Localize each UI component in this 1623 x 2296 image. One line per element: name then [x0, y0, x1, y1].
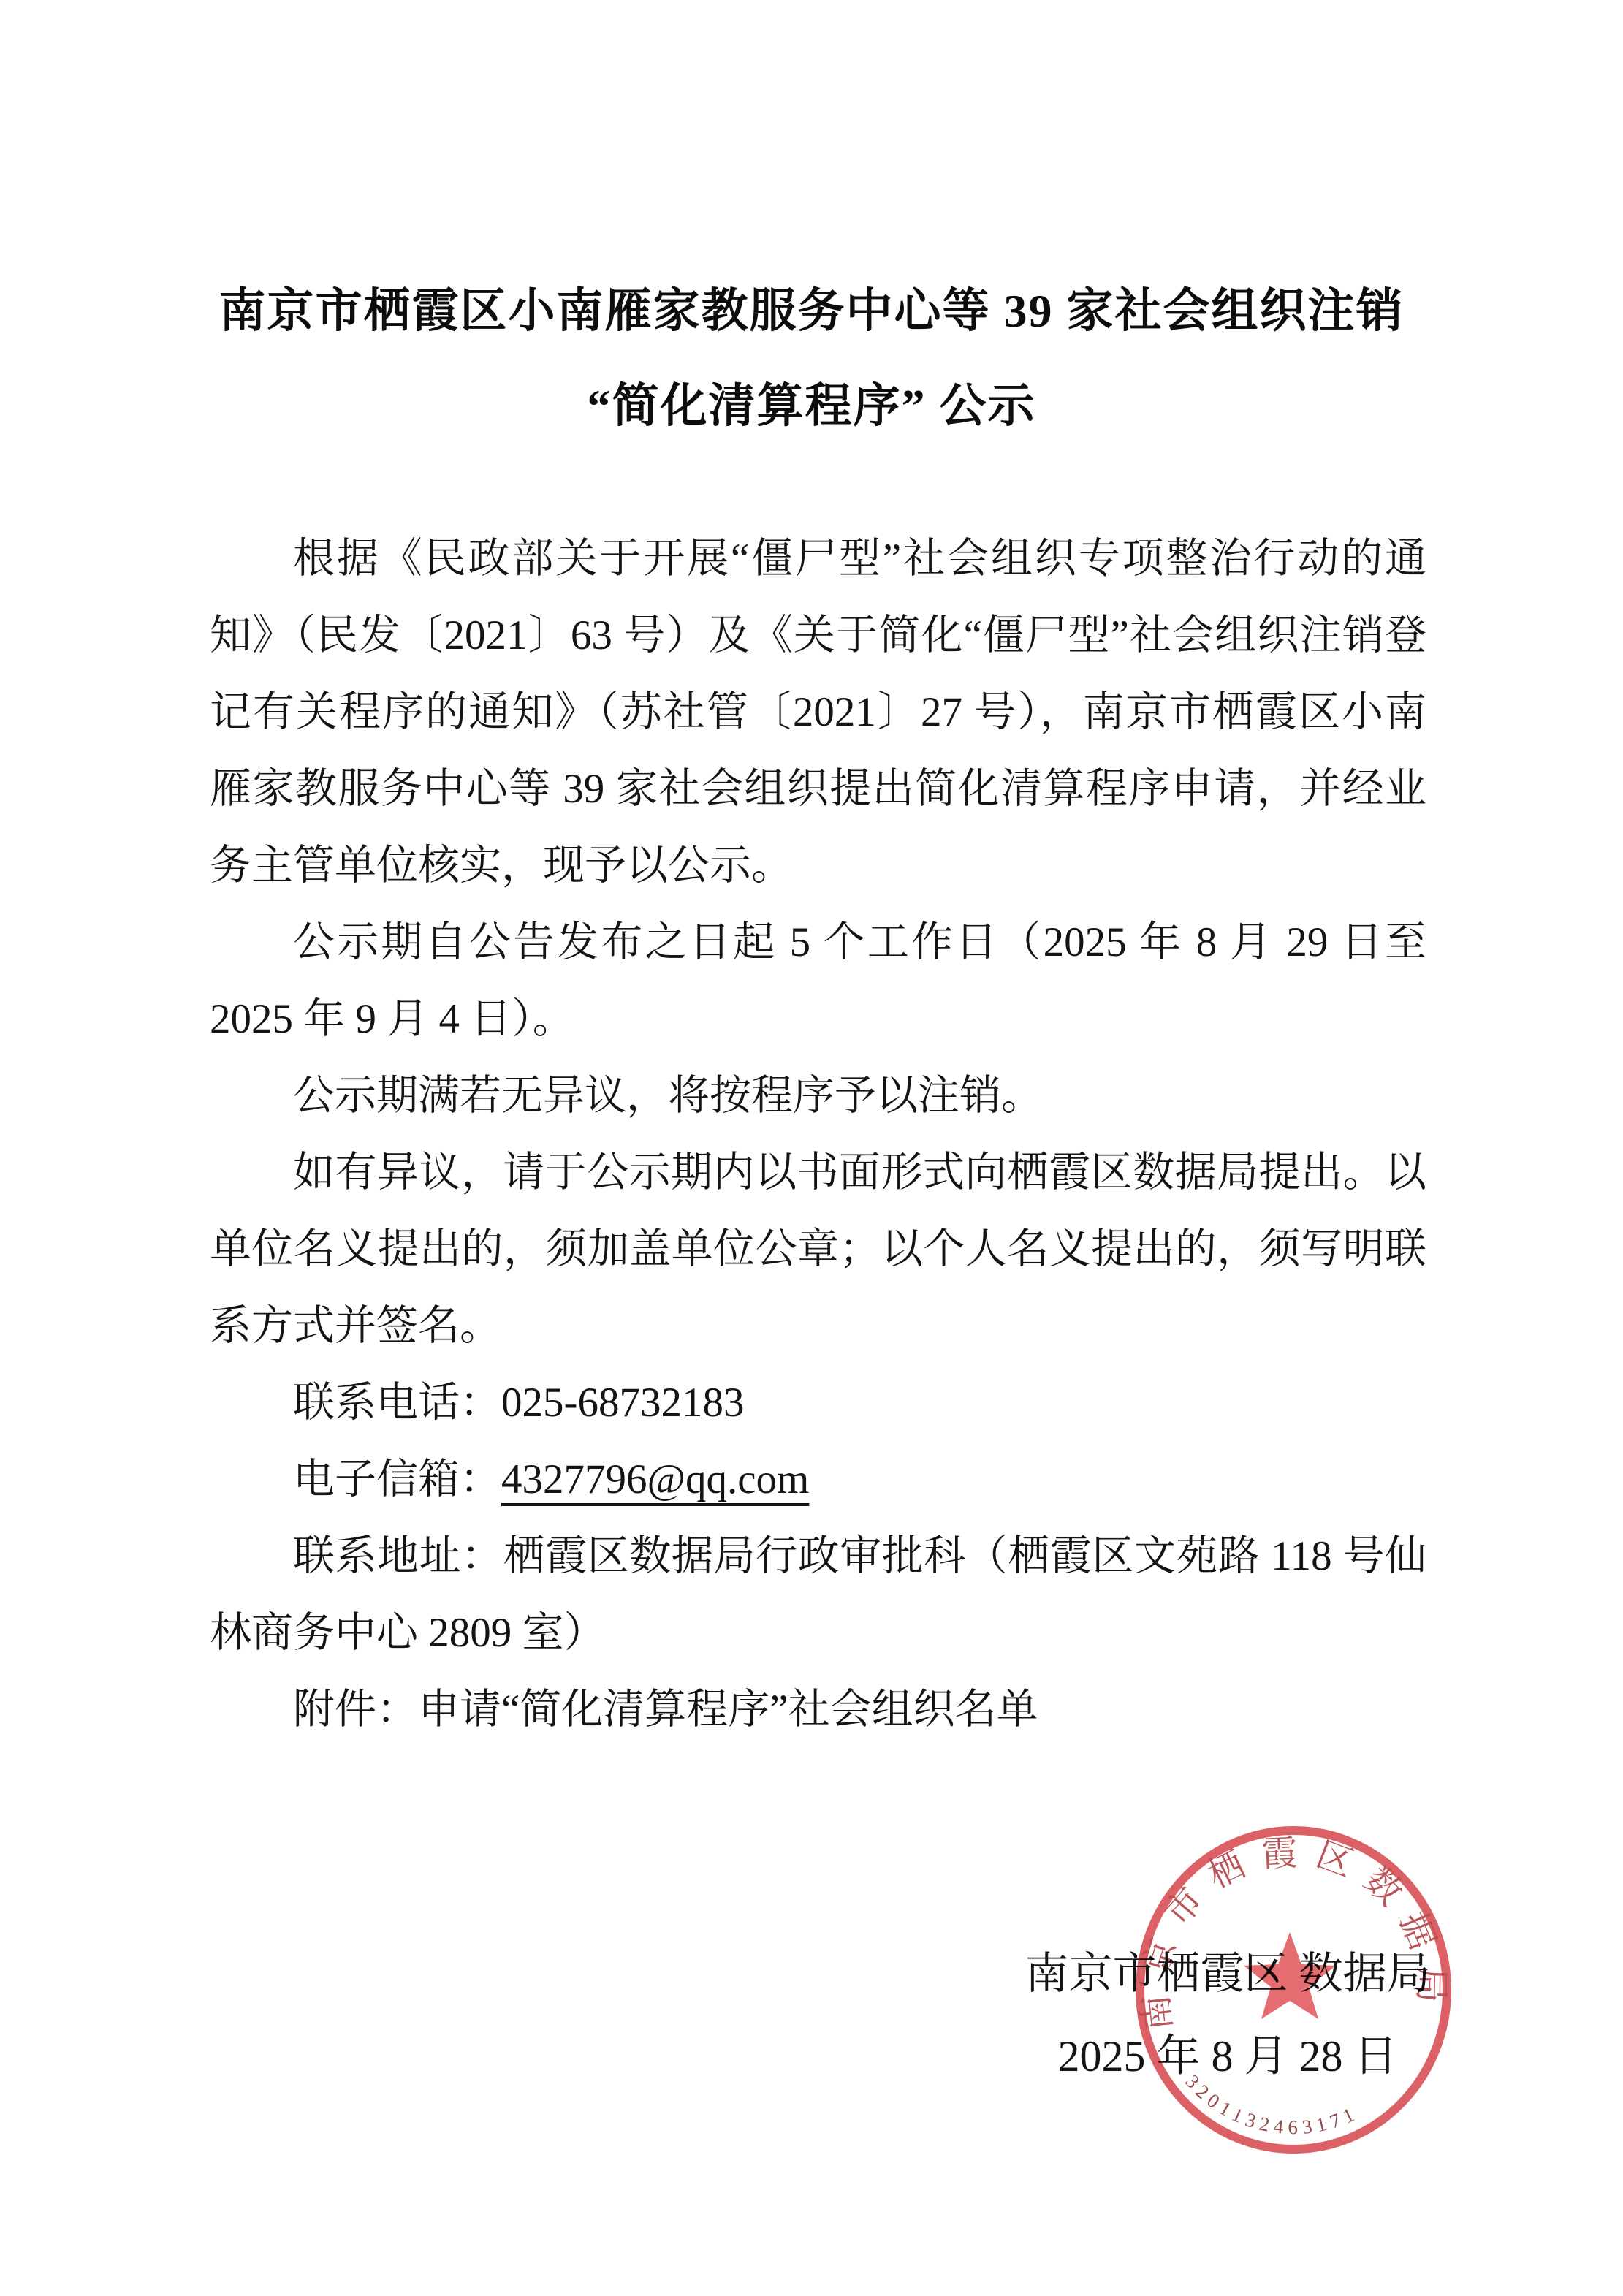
doc-title: 南京市栖霞区小南雁家教服务中心等 39 家社会组织注销 “简化清算程序” 公示 [0, 264, 1623, 454]
contact-phone-line: 联系电话：025-68732183 [210, 1364, 1426, 1441]
paragraph-basis: 根据《民政部关于开展“僵尸型”社会组织专项整治行动的通知》（民发〔2021〕63… [210, 520, 1426, 904]
email-label: 电子信箱： [293, 1456, 501, 1502]
paragraph-no-objection: 公示期满若无异议，将按程序予以注销。 [210, 1057, 1426, 1134]
contact-address-line: 联系地址：栖霞区数据局行政审批科（栖霞区文苑路 118 号仙林商务中心 2809… [210, 1518, 1426, 1671]
email-value: 4327796@qq.com [501, 1456, 809, 1502]
doc-title-line1: 南京市栖霞区小南雁家教服务中心等 39 家社会组织注销 [219, 285, 1405, 337]
document-page: { "title": { "line1": "南京市栖霞区小南雁家教服务中心等 … [0, 0, 1623, 2296]
seal-star-icon [1244, 1932, 1336, 2019]
paragraph-objection: 如有异议，请于公示期内以书面形式向栖霞区数据局提出。以单位名义提出的，须加盖单位… [210, 1134, 1426, 1364]
official-seal: 南京市栖霞区数据局 3201132463171 [1133, 1825, 1454, 2158]
phone-label: 联系电话： [293, 1380, 501, 1426]
contact-email-line: 电子信箱：4327796@qq.com [210, 1441, 1426, 1518]
seal-code: 3201132463171 [1181, 2070, 1362, 2138]
doc-title-line2: “简化清算程序” 公示 [588, 380, 1036, 432]
doc-body: 根据《民政部关于开展“僵尸型”社会组织专项整治行动的通知》（民发〔2021〕63… [210, 520, 1426, 1748]
attachment-line: 附件：申请“简化清算程序”社会组织名单 [210, 1671, 1426, 1748]
paragraph-period: 公示期自公告发布之日起 5 个工作日（2025 年 8 月 29 日至 2025… [210, 904, 1426, 1057]
phone-value: 025-68732183 [501, 1380, 744, 1426]
